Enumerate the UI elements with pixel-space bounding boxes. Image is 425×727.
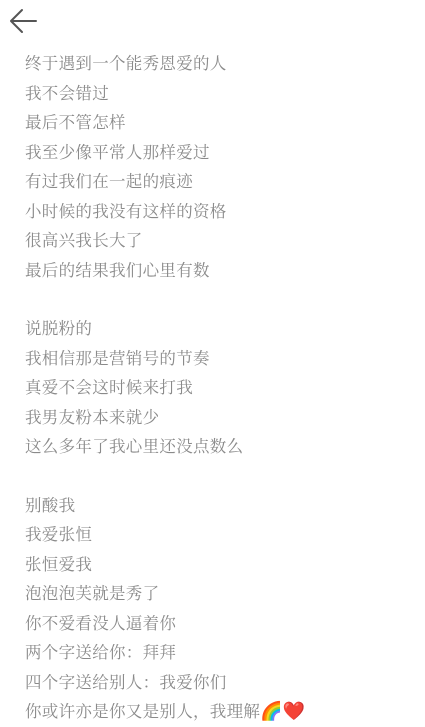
lyric-line: 两个字送给你：拜拜 (25, 638, 415, 668)
lyric-line: 四个字送给别人：我爱你们 (25, 668, 415, 698)
lyric-line: 我爱张恒 (25, 520, 415, 550)
stanza-gap (25, 285, 415, 314)
rainbow-heart-emoji-icon: 🌈❤️ (260, 701, 305, 722)
lyric-line: 泡泡泡芙就是秀了 (25, 579, 415, 609)
lyric-line-last: 你或许亦是你又是别人，我理解🌈❤️ (25, 697, 415, 727)
lyric-line: 我男友粉本来就少 (25, 403, 415, 433)
back-button[interactable] (8, 8, 38, 34)
lyric-line: 终于遇到一个能秀恩爱的人 (25, 49, 415, 79)
lyric-line: 最后不管怎样 (25, 108, 415, 138)
lyric-line: 我至少像平常人那样爱过 (25, 138, 415, 168)
lyric-line: 这么多年了我心里还没点数么 (25, 432, 415, 462)
stanza-3: 别酸我 我爱张恒 张恒爱我 泡泡泡芙就是秀了 你不爱看没人逼着你 两个字送给你：… (25, 491, 415, 727)
arrow-left-icon (8, 8, 38, 34)
lyric-line: 我不会错过 (25, 79, 415, 109)
lyric-line: 有过我们在一起的痕迹 (25, 167, 415, 197)
lyric-line: 小时候的我没有这样的资格 (25, 197, 415, 227)
lyric-line: 你不爱看没人逼着你 (25, 609, 415, 639)
lyric-text: 你或许亦是你又是别人，我理解 (25, 702, 260, 721)
lyric-line: 很高兴我长大了 (25, 226, 415, 256)
lyric-line: 我相信那是营销号的节奏 (25, 344, 415, 374)
lyrics-text: 终于遇到一个能秀恩爱的人 我不会错过 最后不管怎样 我至少像平常人那样爱过 有过… (25, 49, 415, 727)
lyric-line: 最后的结果我们心里有数 (25, 256, 415, 286)
lyric-line: 别酸我 (25, 491, 415, 521)
stanza-2: 说脱粉的 我相信那是营销号的节奏 真爱不会这时候来打我 我男友粉本来就少 这么多… (25, 314, 415, 462)
lyric-line: 说脱粉的 (25, 314, 415, 344)
lyric-line: 真爱不会这时候来打我 (25, 373, 415, 403)
stanza-1: 终于遇到一个能秀恩爱的人 我不会错过 最后不管怎样 我至少像平常人那样爱过 有过… (25, 49, 415, 285)
lyric-line: 张恒爱我 (25, 550, 415, 580)
stanza-gap (25, 462, 415, 491)
